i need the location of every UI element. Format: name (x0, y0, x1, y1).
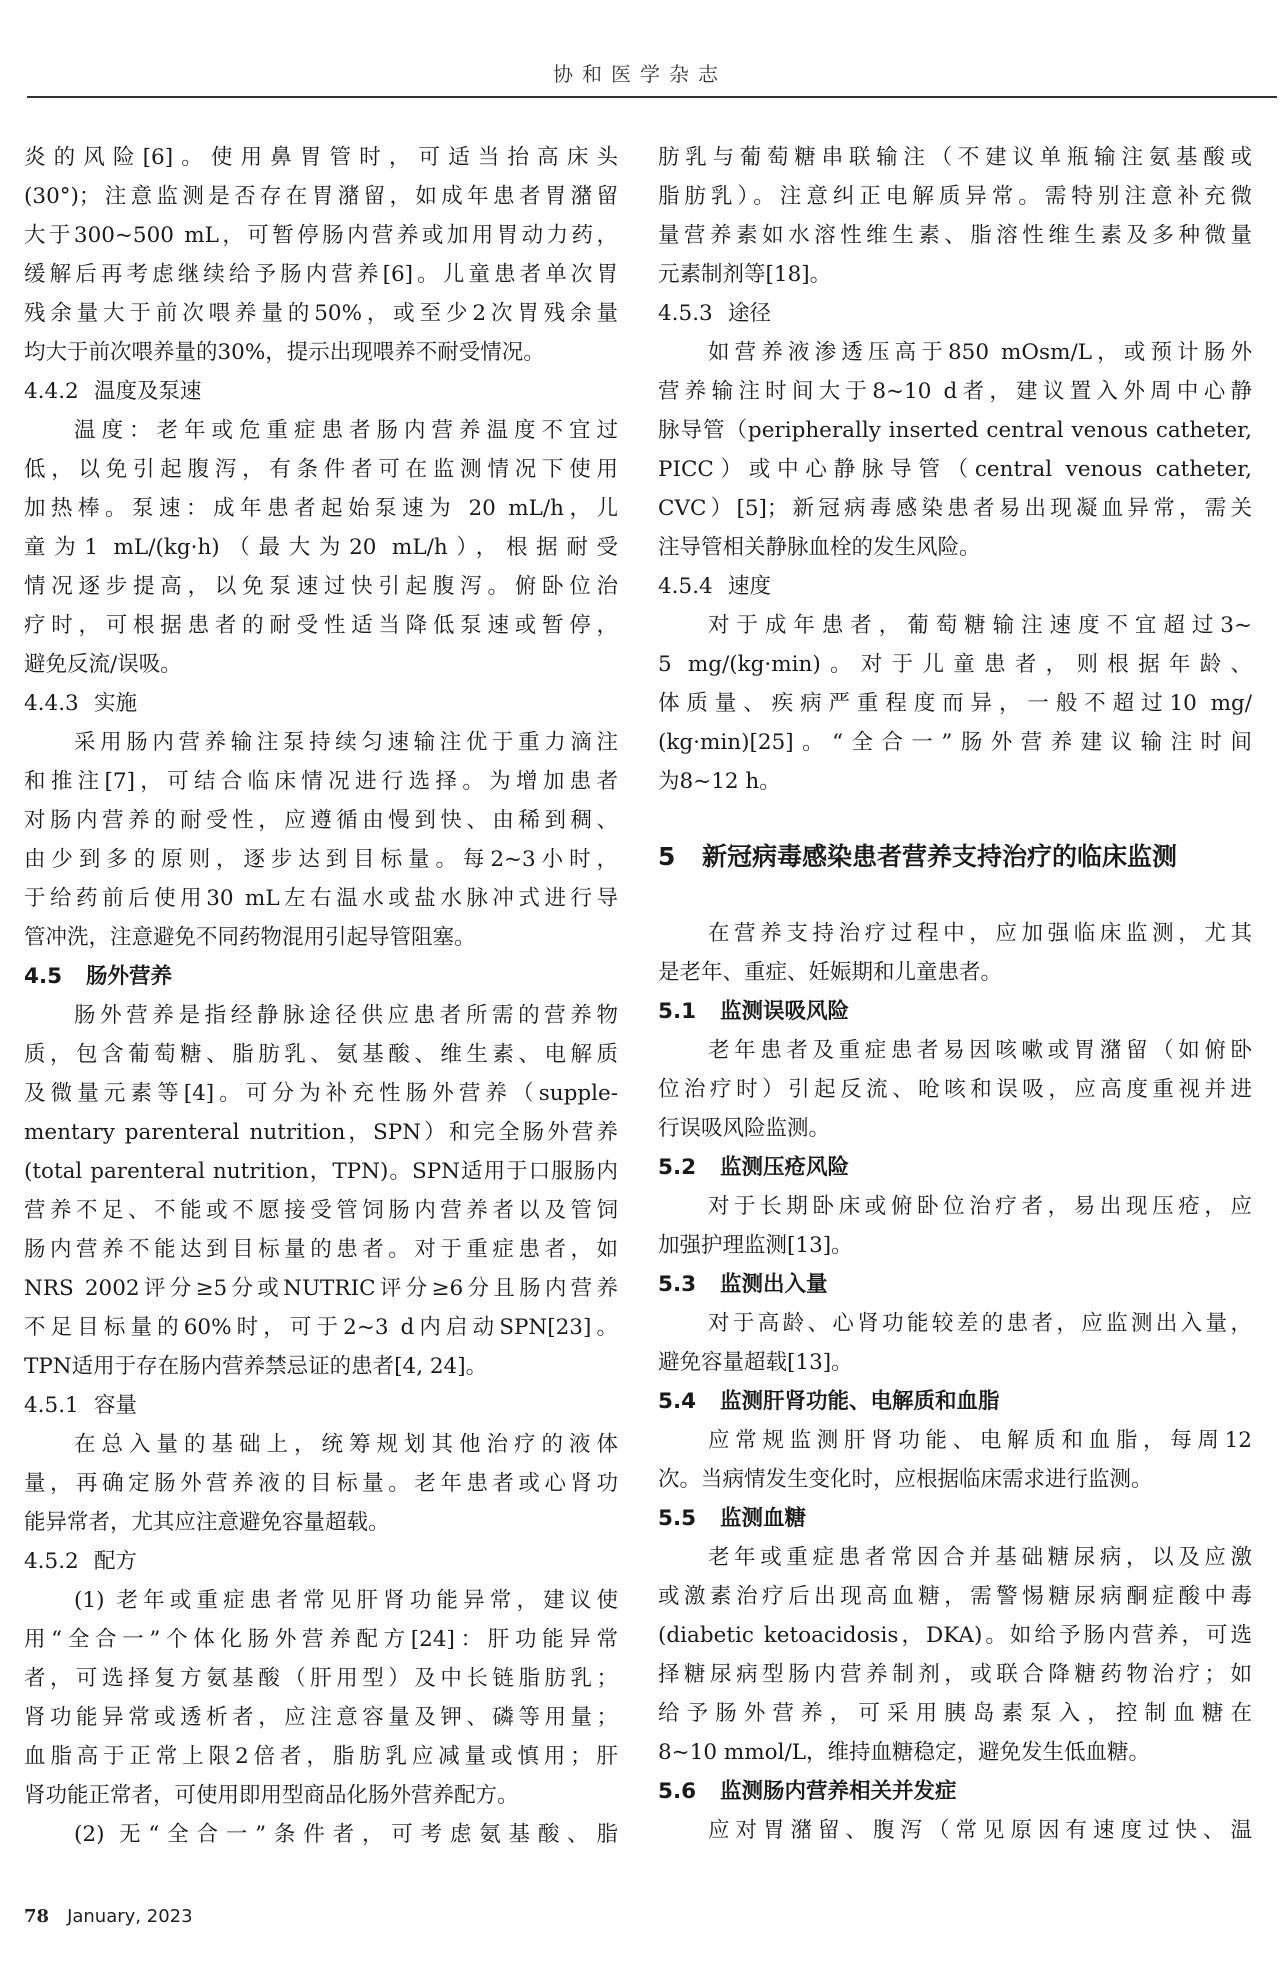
text-line: 应对胃潴留、腹泻（常见原因有速度过快、温 (658, 1811, 1252, 1850)
section-title: 监测误吸风险 (720, 999, 849, 1024)
paragraph: 在总入量的基础上，统筹规划其他治疗的液体 量，再确定肠外营养液的目标量。老年患者… (24, 1425, 618, 1542)
section-title: 温度及泵速 (94, 379, 202, 404)
paragraph: 应常规监测肝肾功能、电解质和血脂，每周12 次。当病情发生变化时，应根据临床需求… (658, 1421, 1252, 1499)
section-heading-4-5-3: 4.5.3途径 (658, 294, 1252, 333)
text-line: 者，可选择复方氨基酸（肝用型）及中长链脂肪乳； (24, 1659, 618, 1698)
section-number: 5.2 (658, 1148, 720, 1187)
text-line: 脉导管（peripherally inserted central venous… (658, 411, 1252, 450)
section-number: 5.1 (658, 992, 720, 1031)
text-line: (diabetic ketoacidosis，DKA)。如给予肠内营养，可选 (658, 1616, 1252, 1655)
text-line: 不足目标量的60%时，可于2~3 d内启动SPN[23]。 (24, 1308, 618, 1347)
text-line: 对肠内营养的耐受性，应遵循由慢到快、由稀到稠、 (24, 801, 618, 840)
text-line: NRS 2002评分≥5分或NUTRIC评分≥6分且肠内营养 (24, 1269, 618, 1308)
text-line: 肾功能正常者，可使用即用型商品化肠外营养配方。 (24, 1776, 618, 1815)
text-line: 均大于前次喂养量的30%，提示出现喂养不耐受情况。 (24, 333, 618, 372)
text-line: 注导管相关静脉血栓的发生风险。 (658, 528, 1252, 567)
text-line: PICC）或中心静脉导管（central venous catheter, (658, 450, 1252, 489)
text-line: 肠外营养是指经静脉途径供应患者所需的营养物 (24, 996, 618, 1035)
text-line: 在营养支持治疗过程中，应加强临床监测，尤其 (658, 914, 1252, 953)
section-heading-5: 5新冠病毒感染患者营养支持治疗的临床监测 (658, 837, 1252, 876)
section-heading-5-4: 5.4监测肝肾功能、电解质和血脂 (658, 1382, 1252, 1421)
section-title: 途径 (728, 301, 771, 326)
text-line: CVC）[5]；新冠病毒感染患者易出现凝血异常，需关 (658, 489, 1252, 528)
section-heading-4-5: 4.5肠外营养 (24, 957, 618, 996)
paragraph: 对于成年患者，葡萄糖输注速度不宜超过3~ 5 mg/(kg·min)。对于儿童患… (658, 606, 1252, 801)
section-heading-5-1: 5.1监测误吸风险 (658, 992, 1252, 1031)
text-line: 肠内营养不能达到目标量的患者。对于重症患者，如 (24, 1230, 618, 1269)
text-line: 元素制剂等[18]。 (658, 255, 1252, 294)
text-line: 质，包含葡萄糖、脂肪乳、氨基酸、维生素、电解质 (24, 1035, 618, 1074)
section-number: 4.5.2 (24, 1542, 94, 1581)
section-heading-4-4-2: 4.4.2温度及泵速 (24, 372, 618, 411)
text-line: 老年患者及重症患者易因咳嗽或胃潴留（如俯卧 (658, 1031, 1252, 1070)
text-line: 为8~12 h。 (658, 762, 1252, 801)
text-line: (1) 老年或重症患者常见肝肾功能异常，建议使 (24, 1581, 618, 1620)
text-line: 次。当病情发生变化时，应根据临床需求进行监测。 (658, 1460, 1252, 1499)
section-number: 5.3 (658, 1265, 720, 1304)
text-line: 炎的风险[6]。使用鼻胃管时，可适当抬高床头 (24, 138, 618, 177)
text-line: 营养输注时间大于8~10 d者，建议置入外周中心静 (658, 372, 1252, 411)
text-line: (2) 无“全合一”条件者，可考虑氨基酸、脂 (24, 1815, 618, 1854)
paragraph: 在营养支持治疗过程中，应加强临床监测，尤其 是老年、重症、妊娠期和儿童患者。 (658, 914, 1252, 992)
paragraph: 对于高龄、心肾功能较差的患者，应监测出入量， 避免容量超载[13]。 (658, 1304, 1252, 1382)
text-line: 疗时，可根据患者的耐受性适当降低泵速或暂停， (24, 606, 618, 645)
text-line: 营养不足、不能或不愿接受管饲肠内营养者以及管饲 (24, 1191, 618, 1230)
text-line: 采用肠内营养输注泵持续匀速输注优于重力滴注 (24, 723, 618, 762)
paragraph: 采用肠内营养输注泵持续匀速输注优于重力滴注 和推注[7]，可结合临床情况进行选择… (24, 723, 618, 957)
text-line: 对于高龄、心肾功能较差的患者，应监测出入量， (658, 1304, 1252, 1343)
section-number: 5.5 (658, 1499, 720, 1538)
section-title: 监测出入量 (720, 1272, 828, 1297)
paragraph: 肠外营养是指经静脉途径供应患者所需的营养物 质，包含葡萄糖、脂肪乳、氨基酸、维生… (24, 996, 618, 1386)
text-line: 由少到多的原则，逐步达到目标量。每2~3小时， (24, 840, 618, 879)
paragraph: 应对胃潴留、腹泻（常见原因有速度过快、温 (658, 1811, 1252, 1850)
running-head: 协和医学杂志 (0, 58, 1280, 87)
paragraph: (2) 无“全合一”条件者，可考虑氨基酸、脂 (24, 1815, 618, 1854)
section-number: 5.4 (658, 1382, 720, 1421)
section-title: 配方 (94, 1549, 137, 1574)
paragraph: 温度：老年或危重症患者肠内营养温度不宜过 低，以免引起腹泻，有条件者可在监测情况… (24, 411, 618, 684)
paragraph: 炎的风险[6]。使用鼻胃管时，可适当抬高床头 (30°)；注意监测是否存在胃潴留… (24, 138, 618, 372)
section-title: 速度 (728, 574, 771, 599)
section-title: 肠外营养 (86, 964, 172, 989)
text-line: 给予肠外营养，可采用胰岛素泵入，控制血糖在 (658, 1694, 1252, 1733)
right-column: 肪乳与葡萄糖串联输注（不建议单瓶输注氨基酸或 脂肪乳）。注意纠正电解质异常。需特… (658, 138, 1252, 1850)
page-footer: 78January, 2023 (24, 1906, 193, 1927)
text-line: 老年或重症患者常因合并基础糖尿病，以及应激 (658, 1538, 1252, 1577)
text-line: 于给药前后使用30 mL左右温水或盐水脉冲式进行导 (24, 879, 618, 918)
text-line: 肾功能异常或透析者，应注意容量及钾、磷等用量； (24, 1698, 618, 1737)
section-number: 5 (658, 837, 702, 876)
section-heading-4-5-4: 4.5.4速度 (658, 567, 1252, 606)
paragraph: 老年患者及重症患者易因咳嗽或胃潴留（如俯卧 位治疗时）引起反流、呛咳和误吸，应高… (658, 1031, 1252, 1148)
text-line: 如营养液渗透压高于850 mOsm/L，或预计肠外 (658, 333, 1252, 372)
section-heading-5-5: 5.5监测血糖 (658, 1499, 1252, 1538)
section-heading-4-4-3: 4.4.3实施 (24, 684, 618, 723)
text-line: 8~10 mmol/L，维持血糖稳定，避免发生低血糖。 (658, 1733, 1252, 1772)
section-heading-4-5-1: 4.5.1容量 (24, 1386, 618, 1425)
section-title: 实施 (94, 691, 137, 716)
text-line: 是老年、重症、妊娠期和儿童患者。 (658, 953, 1252, 992)
section-title: 监测血糖 (720, 1506, 806, 1531)
section-heading-4-5-2: 4.5.2配方 (24, 1542, 618, 1581)
paragraph: 老年或重症患者常因合并基础糖尿病，以及应激 或激素治疗后出现高血糖，需警惕糖尿病… (658, 1538, 1252, 1772)
text-line: 应常规监测肝肾功能、电解质和血脂，每周12 (658, 1421, 1252, 1460)
text-line: 加强护理监测[13]。 (658, 1226, 1252, 1265)
text-line: (total parenteral nutrition，TPN)。SPN适用于口… (24, 1152, 618, 1191)
text-line: 在总入量的基础上，统筹规划其他治疗的液体 (24, 1425, 618, 1464)
text-line: 残余量大于前次喂养量的50%，或至少2次胃残余量 (24, 294, 618, 333)
text-line: 或激素治疗后出现高血糖，需警惕糖尿病酮症酸中毒 (658, 1577, 1252, 1616)
header-rule (27, 96, 1277, 98)
section-title: 监测压疮风险 (720, 1155, 849, 1180)
section-title: 容量 (94, 1393, 137, 1418)
text-line: 童为1 mL/(kg·h)（最大为20 mL/h），根据耐受 (24, 528, 618, 567)
text-line: (kg·min)[25]。“全合一”肠外营养建议输注时间 (658, 723, 1252, 762)
text-line: 5 mg/(kg·min)。对于儿童患者，则根据年龄、 (658, 645, 1252, 684)
text-line: 和推注[7]，可结合临床情况进行选择。为增加患者 (24, 762, 618, 801)
section-heading-5-3: 5.3监测出入量 (658, 1265, 1252, 1304)
text-line: 择糖尿病型肠内营养制剂，或联合降糖药物治疗；如 (658, 1655, 1252, 1694)
paragraph: 对于长期卧床或俯卧位治疗者，易出现压疮，应 加强护理监测[13]。 (658, 1187, 1252, 1265)
text-line: 用“全合一”个体化肠外营养配方[24]：肝功能异常 (24, 1620, 618, 1659)
section-title: 监测肠内营养相关并发症 (720, 1779, 957, 1804)
text-line: 情况逐步提高，以免泵速过快引起腹泻。俯卧位治 (24, 567, 618, 606)
section-title: 新冠病毒感染患者营养支持治疗的临床监测 (702, 842, 1177, 871)
left-column: 炎的风险[6]。使用鼻胃管时，可适当抬高床头 (30°)；注意监测是否存在胃潴留… (24, 138, 618, 1854)
text-line: 管冲洗，注意避免不同药物混用引起导管阻塞。 (24, 918, 618, 957)
text-line: 低，以免引起腹泻，有条件者可在监测情况下使用 (24, 450, 618, 489)
section-title: 监测肝肾功能、电解质和血脂 (720, 1389, 1000, 1414)
text-line: 脂肪乳）。注意纠正电解质异常。需特别注意补充微 (658, 177, 1252, 216)
section-number: 4.4.3 (24, 684, 94, 723)
text-line: 大于300~500 mL，可暂停肠内营养或加用胃动力药， (24, 216, 618, 255)
text-line: 缓解后再考虑继续给予肠内营养[6]。儿童患者单次胃 (24, 255, 618, 294)
text-line: 对于成年患者，葡萄糖输注速度不宜超过3~ (658, 606, 1252, 645)
issue-date: January, 2023 (67, 1906, 193, 1927)
section-number: 4.5.3 (658, 294, 728, 333)
section-heading-5-2: 5.2监测压疮风险 (658, 1148, 1252, 1187)
text-line: 量营养素如水溶性维生素、脂溶性维生素及多种微量 (658, 216, 1252, 255)
section-number: 4.5.4 (658, 567, 728, 606)
section-number: 4.5 (24, 957, 86, 996)
paragraph: 肪乳与葡萄糖串联输注（不建议单瓶输注氨基酸或 脂肪乳）。注意纠正电解质异常。需特… (658, 138, 1252, 294)
text-line: 及微量元素等[4]。可分为补充性肠外营养（supple- (24, 1074, 618, 1113)
paragraph: 如营养液渗透压高于850 mOsm/L，或预计肠外 营养输注时间大于8~10 d… (658, 333, 1252, 567)
text-line: (30°)；注意监测是否存在胃潴留，如成年患者胃潴留 (24, 177, 618, 216)
page-number: 78 (24, 1906, 49, 1927)
text-line: 体质量、疾病严重程度而异，一般不超过10 mg/ (658, 684, 1252, 723)
text-line: 行误吸风险监测。 (658, 1109, 1252, 1148)
text-line: 对于长期卧床或俯卧位治疗者，易出现压疮，应 (658, 1187, 1252, 1226)
section-heading-5-6: 5.6监测肠内营养相关并发症 (658, 1772, 1252, 1811)
text-line: TPN适用于存在肠内营养禁忌证的患者[4, 24]。 (24, 1347, 618, 1386)
text-line: 肪乳与葡萄糖串联输注（不建议单瓶输注氨基酸或 (658, 138, 1252, 177)
section-number: 4.4.2 (24, 372, 94, 411)
text-line: 量，再确定肠外营养液的目标量。老年患者或心肾功 (24, 1464, 618, 1503)
text-line: 加热棒。泵速：成年患者起始泵速为 20 mL/h，儿 (24, 489, 618, 528)
text-line: 避免反流/误吸。 (24, 645, 618, 684)
section-number: 5.6 (658, 1772, 720, 1811)
text-line: 温度：老年或危重症患者肠内营养温度不宜过 (24, 411, 618, 450)
text-line: mentary parenteral nutrition，SPN）和完全肠外营养 (24, 1113, 618, 1152)
section-number: 4.5.1 (24, 1386, 94, 1425)
text-line: 能异常者，尤其应注意避免容量超载。 (24, 1503, 618, 1542)
text-line: 血脂高于正常上限2倍者，脂肪乳应减量或慎用；肝 (24, 1737, 618, 1776)
paragraph: (1) 老年或重症患者常见肝肾功能异常，建议使 用“全合一”个体化肠外营养配方[… (24, 1581, 618, 1815)
text-line: 位治疗时）引起反流、呛咳和误吸，应高度重视并进 (658, 1070, 1252, 1109)
text-line: 避免容量超载[13]。 (658, 1343, 1252, 1382)
